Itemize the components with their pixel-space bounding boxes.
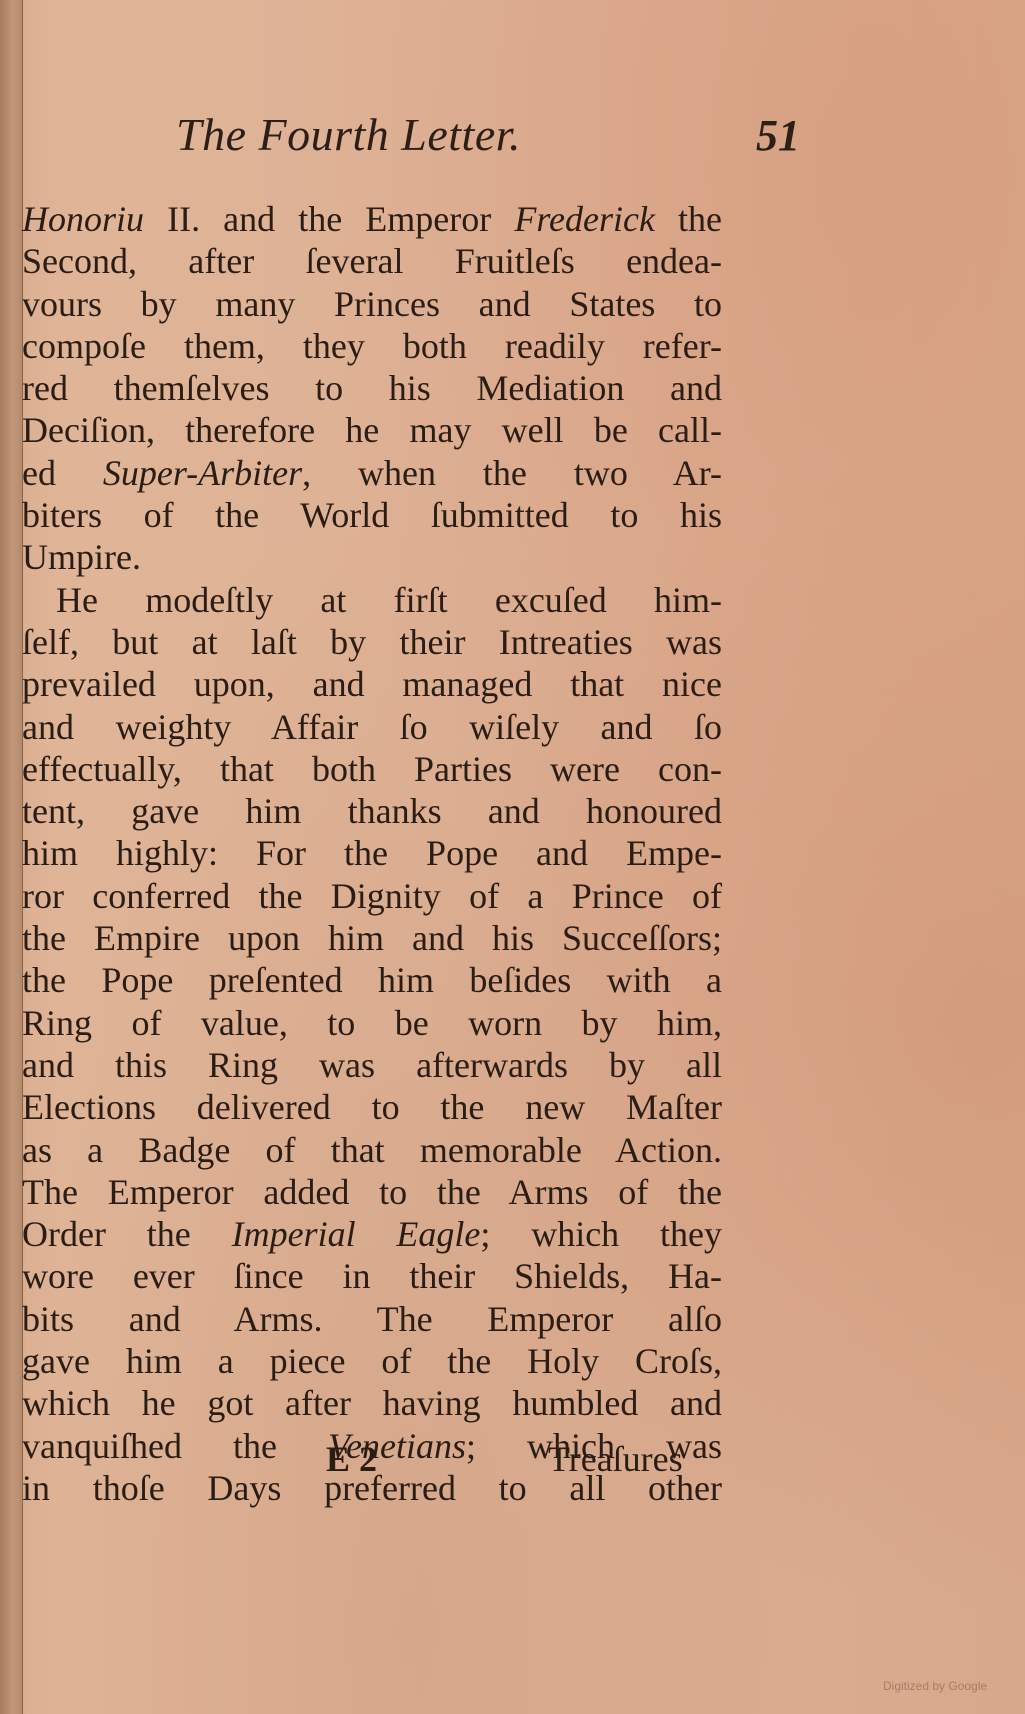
text-line: as a Badge of that memorable Action. (22, 1129, 722, 1171)
text-line: Second, after ſeveral Fruitleſs endea- (22, 240, 722, 282)
text-segment: He modeſtly at firſt excuſed him- (56, 580, 722, 620)
text-line: Umpire. (22, 536, 722, 578)
text-segment: tent, gave him thanks and honoured (22, 791, 722, 831)
text-line: gave him a piece of the Holy Croſs, (22, 1340, 722, 1382)
text-line: effectually, that both Parties were con- (22, 748, 722, 790)
text-segment: the (655, 199, 722, 239)
text-line: Elections delivered to the new Maſter (22, 1086, 722, 1128)
text-segment: red themſelves to his Mediation and (22, 368, 722, 408)
text-segment: Umpire. (22, 537, 141, 577)
text-line: Ring of value, to be worn by him, (22, 1002, 722, 1044)
text-line: bits and Arms. The Emperor alſo (22, 1298, 722, 1340)
text-line: wore ever ſince in their Shields, Ha- (22, 1255, 722, 1297)
text-line: Deciſion, therefore he may well be call- (22, 409, 722, 451)
text-line: compoſe them, they both readily refer- (22, 325, 722, 367)
text-line: Honoriu II. and the Emperor Frederick th… (22, 198, 722, 240)
text-line: prevailed upon, and managed that nice (22, 663, 722, 705)
text-line: red themſelves to his Mediation and (22, 367, 722, 409)
text-segment: biters of the World ſubmitted to his (22, 495, 722, 535)
page-footer: E 2 Treaſures (0, 1438, 1025, 1488)
text-line: him highly: For the Pope and Empe- (22, 832, 722, 874)
running-title: The Fourth Letter. (176, 108, 521, 161)
text-segment: gave him a piece of the Holy Croſs, (22, 1341, 722, 1381)
text-segment: ſelf, but at laſt by their Intreaties wa… (22, 622, 722, 662)
text-segment: ed (22, 453, 103, 493)
italic-text: Frederick (514, 199, 655, 239)
text-segment: the Empire upon him and his Succeſſors; (22, 918, 722, 958)
text-segment: bits and Arms. The Emperor alſo (22, 1299, 722, 1339)
page-number: 51 (756, 110, 800, 161)
text-segment: which he got after having humbled and (22, 1383, 722, 1423)
text-segment: the Pope preſented him beſides with a (22, 960, 722, 1000)
text-line: ed Super-Arbiter, when the two Ar- (22, 452, 722, 494)
text-line: ror conferred the Dignity of a Prince of (22, 875, 722, 917)
text-segment: ror conferred the Dignity of a Prince of (22, 876, 722, 916)
text-segment: Deciſion, therefore he may well be call- (22, 410, 722, 450)
text-segment: Order the (22, 1214, 232, 1254)
text-segment: him highly: For the Pope and Empe- (22, 833, 722, 873)
text-segment: The Emperor added to the Arms of the (22, 1172, 722, 1212)
text-line: He modeſtly at firſt excuſed him- (22, 579, 722, 621)
text-line: the Pope preſented him beſides with a (22, 959, 722, 1001)
text-line: and weighty Affair ſo wiſely and ſo (22, 706, 722, 748)
text-segment: vours by many Princes and States to (22, 284, 722, 324)
text-segment: compoſe them, they both readily refer- (22, 326, 722, 366)
text-segment: Ring of value, to be worn by him, (22, 1003, 722, 1043)
text-segment: effectually, that both Parties were con- (22, 749, 722, 789)
text-segment: Elections delivered to the new Maſter (22, 1087, 722, 1127)
text-line: tent, gave him thanks and honoured (22, 790, 722, 832)
text-line: vours by many Princes and States to (22, 283, 722, 325)
body-text: Honoriu II. and the Emperor Frederick th… (22, 198, 722, 1509)
text-segment: , when the two Ar- (302, 453, 722, 493)
text-line: ſelf, but at laſt by their Intreaties wa… (22, 621, 722, 663)
text-segment: and weighty Affair ſo wiſely and ſo (22, 707, 722, 747)
text-segment: wore ever ſince in their Shields, Ha- (22, 1256, 722, 1296)
italic-text: Super-Arbiter (103, 453, 302, 493)
italic-text: Imperial Eagle (232, 1214, 481, 1254)
text-segment: Second, after ſeveral Fruitleſs endea- (22, 241, 722, 281)
signature-mark: E 2 (326, 1438, 377, 1480)
text-line: which he got after having humbled and (22, 1382, 722, 1424)
text-segment: as a Badge of that memorable Action. (22, 1130, 722, 1170)
italic-text: Honoriu (22, 199, 144, 239)
text-segment: prevailed upon, and managed that nice (22, 664, 722, 704)
digitization-watermark: Digitized by Google (883, 1679, 987, 1693)
book-page: The Fourth Letter. 51 Honoriu II. and th… (0, 0, 1025, 1714)
text-line: The Emperor added to the Arms of the (22, 1171, 722, 1213)
text-line: the Empire upon him and his Succeſſors; (22, 917, 722, 959)
text-line: Order the Imperial Eagle; which they (22, 1213, 722, 1255)
text-line: biters of the World ſubmitted to his (22, 494, 722, 536)
text-segment: II. and the Emperor (144, 199, 514, 239)
text-segment: and this Ring was afterwards by all (22, 1045, 722, 1085)
text-line: and this Ring was afterwards by all (22, 1044, 722, 1086)
catchword: Treaſures (548, 1438, 683, 1480)
text-segment: ; which they (480, 1214, 722, 1254)
page-header: The Fourth Letter. 51 (0, 108, 1025, 178)
